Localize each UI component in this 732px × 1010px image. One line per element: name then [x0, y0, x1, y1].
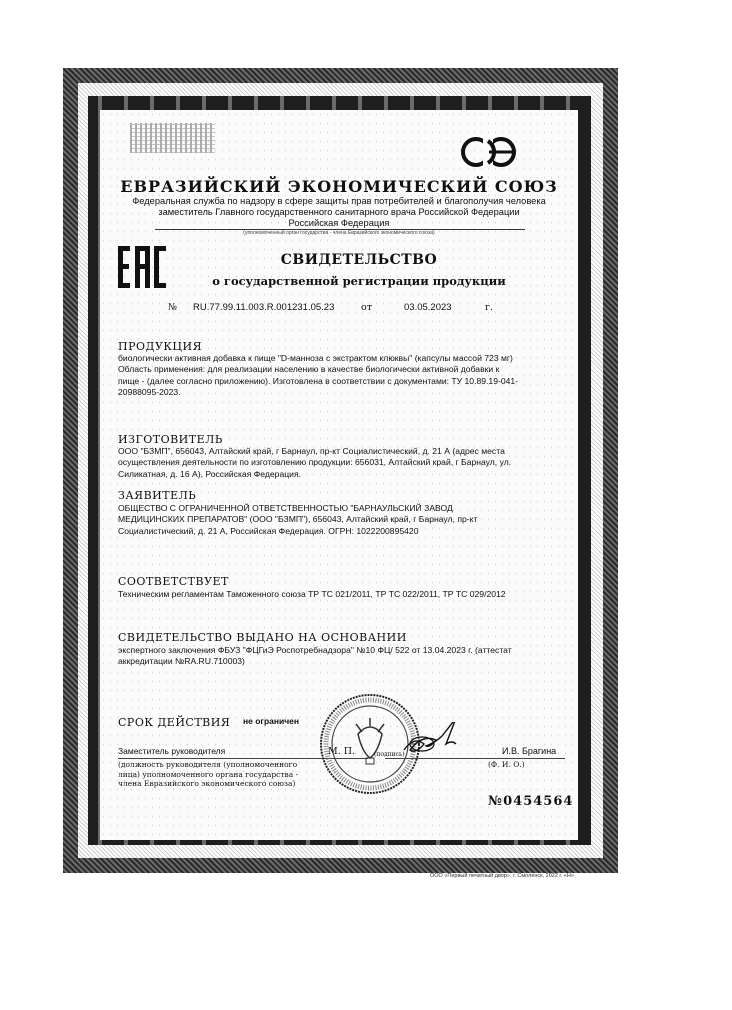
section-body-conforms: Техническим регламентам Таможенного союз…	[118, 589, 565, 600]
text-line: Социалистический, д. 21 А, Российская Фе…	[118, 526, 565, 537]
caption-line: (должность руководителя (уполномоченного	[118, 760, 298, 770]
caption-line: члена Евразийского экономического союза)	[118, 779, 298, 789]
text-line: Область применения: для реализации насел…	[118, 364, 565, 375]
union-title: ЕВРАЗИЙСКИЙ ЭКОНОМИЧЕСКИЙ СОЮЗ	[100, 177, 578, 196]
date-from-label: от	[361, 302, 372, 313]
name-caption: (Ф. И. О.)	[488, 760, 525, 770]
text-line: Техническим регламентам Таможенного союз…	[118, 589, 565, 600]
number-sign: №	[168, 302, 177, 313]
section-body-applicant: ОБЩЕСТВО С ОГРАНИЧЕННОЙ ОТВЕТСТВЕННОСТЬЮ…	[118, 503, 565, 537]
form-serial-number: №0454564	[488, 794, 573, 809]
section-heading-applicant: ЗАЯВИТЕЛЬ	[118, 489, 196, 502]
section-body-basis: экспертного заключения ФБУЗ "ФЦГиЭ Роспо…	[118, 645, 565, 668]
security-pattern-icon	[130, 123, 215, 153]
text-line: осуществления деятельности по изготовлен…	[118, 457, 565, 468]
section-heading-conforms: СООТВЕТСТВУЕТ	[118, 575, 229, 588]
agency-line: Федеральная служба по надзору в сфере за…	[100, 196, 578, 207]
validity-label: СРОК ДЕЙСТВИЯ	[118, 716, 230, 729]
agency-line: заместитель Главного государственного са…	[100, 207, 578, 218]
validity-value: не ограничен	[243, 716, 299, 726]
agency-caption: (уполномоченный орган государства - член…	[100, 230, 578, 236]
certificate-number: RU.77.99.11.003.R.001231.05.23	[193, 302, 334, 313]
position-caption: (должность руководителя (уполномоченного…	[118, 760, 298, 789]
caption-line: лица) уполномоченного органа государства…	[118, 770, 298, 780]
section-body-product: биологически активная добавка к пище "D-…	[118, 353, 565, 398]
text-line: пище - (далее согласно приложению). Изго…	[118, 376, 565, 387]
signatory-position: Заместитель руководителя	[118, 746, 225, 756]
text-line: ООО "БЗМП", 656043, Алтайский край, г Ба…	[118, 446, 565, 457]
text-line: аккредитации №RA.RU.710003)	[118, 656, 565, 667]
handwritten-signature-icon	[400, 722, 470, 758]
text-line: МЕДИЦИНСКИХ ПРЕПАРАТОВ" (ООО "БЗМП"), 65…	[118, 514, 565, 525]
certificate-subtitle: о государственной регистрации продукции	[100, 274, 578, 288]
section-heading-basis: СВИДЕТЕЛЬСТВО ВЫДАНО НА ОСНОВАНИИ	[118, 631, 407, 644]
signatory-name: И.В. Брагина	[502, 746, 556, 756]
agency-line: Российская Федерация	[100, 218, 578, 229]
section-body-manufacturer: ООО "БЗМП", 656043, Алтайский край, г Ба…	[118, 446, 565, 480]
printer-imprint: ООО «Первый печатный двор», г. Смоленск,…	[430, 873, 574, 879]
text-line: Силикатная, д. 16 А), Российская Федерац…	[118, 469, 565, 480]
year-suffix: г.	[485, 302, 493, 313]
section-heading-product: ПРОДУКЦИЯ	[118, 340, 202, 353]
ce-logo-icon	[455, 135, 527, 169]
issuing-agency: Федеральная служба по надзору в сфере за…	[100, 196, 578, 229]
text-line: 20988095-2023.	[118, 387, 565, 398]
text-line: ОБЩЕСТВО С ОГРАНИЧЕННОЙ ОТВЕТСТВЕННОСТЬЮ…	[118, 503, 565, 514]
text-line: экспертного заключения ФБУЗ "ФЦГиЭ Роспо…	[118, 645, 565, 656]
certificate-date: 03.05.2023	[404, 302, 452, 313]
text-line: биологически активная добавка к пище "D-…	[118, 353, 565, 364]
certificate-title: СВИДЕТЕЛЬСТВО	[100, 252, 578, 268]
stamp-place-label: М. П.	[328, 746, 355, 757]
section-heading-manufacturer: ИЗГОТОВИТЕЛЬ	[118, 433, 223, 446]
